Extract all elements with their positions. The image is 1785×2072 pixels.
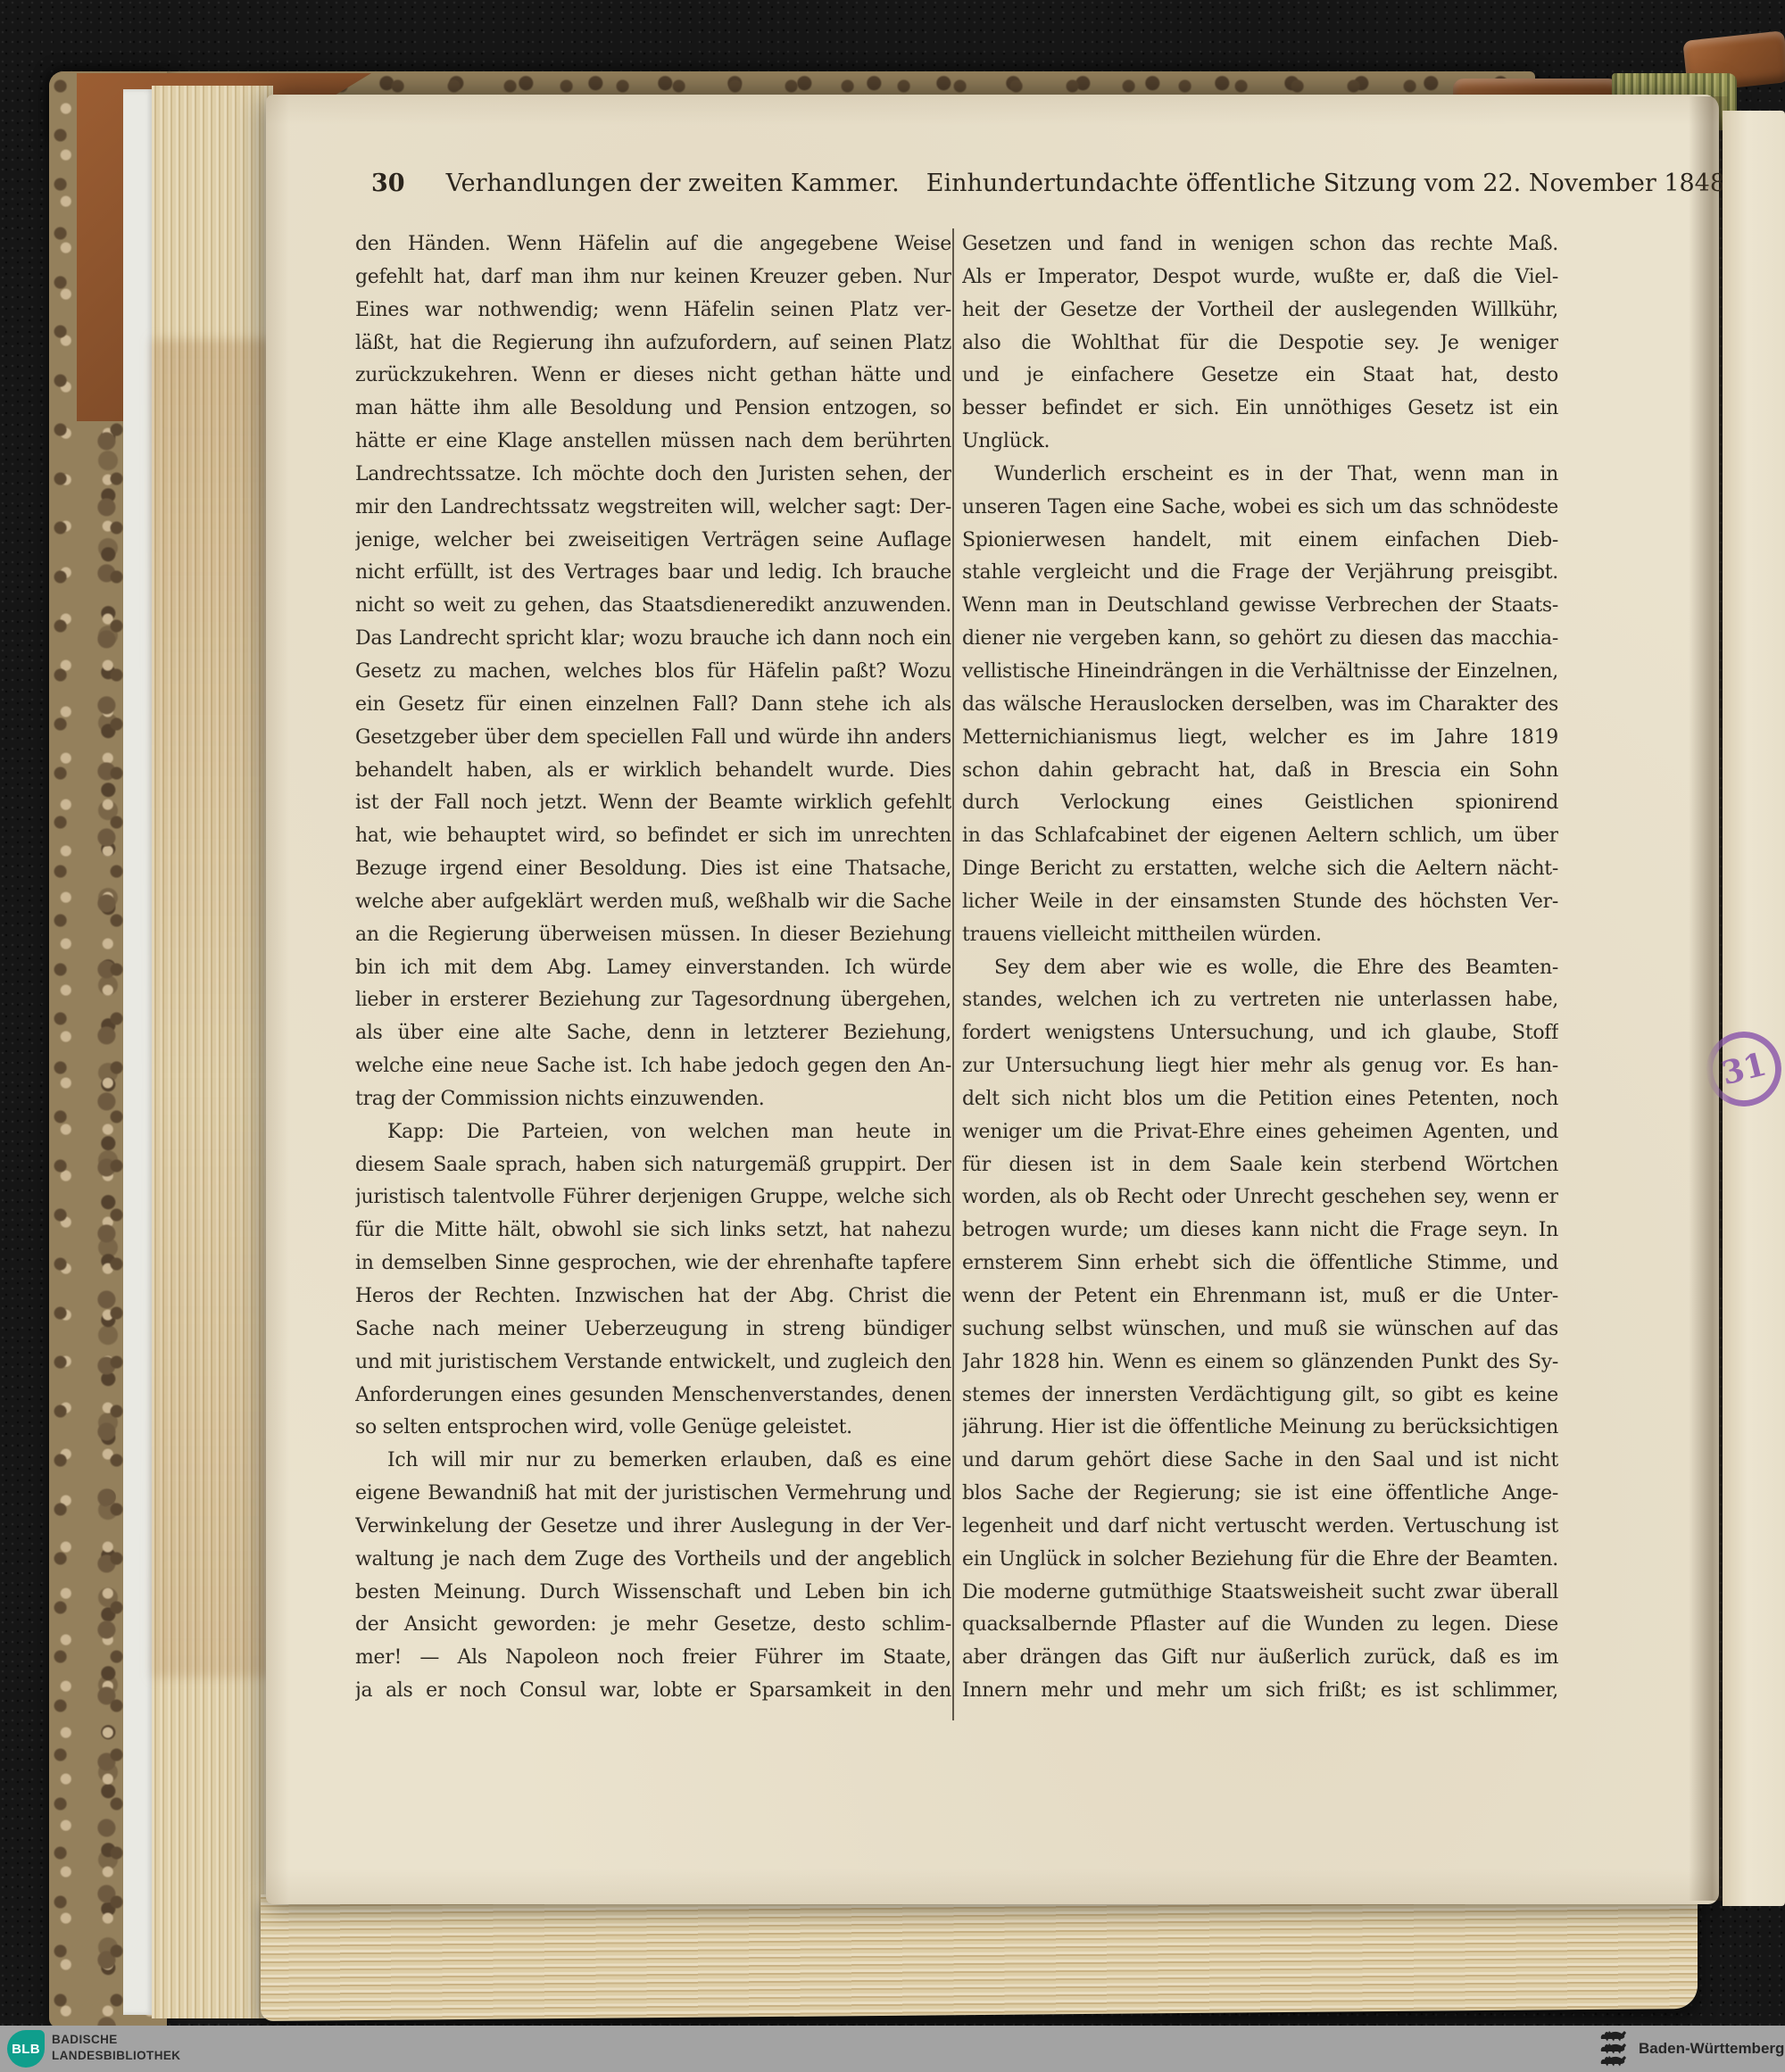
text-line: behandelt haben, als er wirklich behande… [355,755,951,788]
text-line: den Händen. Wenn Häfelin auf die angegeb… [355,228,951,261]
text-line: heit der Gesetze der Vortheil der ausleg… [962,294,1558,327]
text-line: Ich will mir nur zu bemerken erlauben, d… [355,1445,951,1478]
text-line: an die Regierung überweisen müssen. In d… [355,919,951,952]
text-line: besten Meinung. Durch Wissenschaft und L… [355,1577,951,1610]
text-line: fordert wenigstens Untersuchung, und ich… [962,1017,1558,1050]
page-stack-stain [152,339,273,1678]
text-line: delt sich nicht blos um die Petition ein… [962,1083,1558,1116]
text-line: also die Wohlthat für die Despotie sey. … [962,327,1558,361]
text-line: suchung selbst wünschen, und muß sie wün… [962,1314,1558,1347]
text-line: Anforderungen eines gesunden Menschenver… [355,1380,951,1413]
text-line: nicht erfüllt, ist des Vertrages baar un… [355,557,951,590]
text-column-left: den Händen. Wenn Häfelin auf die angegeb… [355,228,951,1708]
text-line: Dinge Bericht zu erstatten, welche sich … [962,853,1558,886]
state-label: Baden-Württemberg [1639,2026,1784,2072]
text-line: Die moderne gutmüthige Staatsweisheit su… [962,1577,1558,1610]
text-line: jenige, welcher bei zweiseitigen Verträg… [355,525,951,558]
text-line: in demselben Sinne gesprochen, wie der e… [355,1247,951,1280]
text-line: Spionierwesen handelt, mit einem einfach… [962,525,1558,558]
text-line: unseren Tagen eine Sache, wobei es sich … [962,492,1558,525]
text-line: Gesetzen und fand in wenigen schon das r… [962,228,1558,261]
text-line: der Ansicht geworden: je mehr Gesetze, d… [355,1609,951,1642]
text-line: Kapp: Die Parteien, von welchen man heut… [355,1116,951,1149]
stamp-number: 31 [1718,1046,1771,1093]
text-line: das wälsche Herauslocken derselben, was … [962,689,1558,722]
page-header-session: Einhundertundachte öffentliche Sitzung v… [926,170,1733,197]
text-line: Gesetzgeber über dem speciellen Fall und… [355,722,951,755]
page-number: 30 [371,170,405,197]
text-line: weniger um die Privat-Ehre eines geheime… [962,1116,1558,1149]
text-line: als über eine alte Sache, denn in letzte… [355,1017,951,1050]
text-column-right: Gesetzen und fand in wenigen schon das r… [962,228,1558,1708]
text-line: durch Verlockung eines Geistlichen spion… [962,787,1558,820]
text-line: juristisch talentvolle Führer derjenigen… [355,1181,951,1214]
text-line: lieber in ersterer Beziehung zur Tagesor… [355,984,951,1017]
text-line: Das Landrecht spricht klar; wozu brauche… [355,623,951,656]
text-line: worden, als ob Recht oder Unrecht gesche… [962,1181,1558,1214]
state-label-text: Baden-Württemberg [1639,2040,1784,2058]
text-line: läßt, hat die Regierung ihn aufzufordern… [355,327,951,361]
blb-logo-abbr: BLB [12,2042,40,2057]
text-line: aber drängen das Gift nur äußerlich zurü… [962,1642,1558,1675]
text-line: so selten entsprochen wird, volle Genüge… [355,1412,951,1445]
text-line: trauens vielleicht mittheilen würden. [962,919,1558,952]
text-line: Gesetz zu machen, welches blos für Häfel… [355,656,951,689]
text-line: Eines war nothwendig; wenn Häfelin seine… [355,294,951,327]
text-line: zur Untersuchung liegt hier mehr als gen… [962,1050,1558,1083]
text-line: nicht so weit zu gehen, das Staatsdiener… [355,590,951,623]
facing-page-edge [1723,111,1785,1906]
endpaper-edge [123,89,154,2015]
text-line: Wenn man in Deutschland gewisse Verbrech… [962,590,1558,623]
text-line: trag der Commission nichts einzuwenden. [355,1083,951,1116]
library-name-line1: BADISCHE [52,2032,180,2048]
text-line: hat, wie behauptet wird, so befindet er … [355,820,951,853]
text-line: mir den Landrechtssatz wegstreiten will,… [355,492,951,525]
viewer-footer-bar: BLB BADISCHE LANDESBIBLIOTHEK Baden-Würt… [0,2026,1785,2072]
text-line: ja als er noch Consul war, lobte er Spar… [355,1675,951,1708]
library-name: BADISCHE LANDESBIBLIOTHEK [52,2032,180,2064]
text-line: jährung. Hier ist die öffentliche Meinun… [962,1412,1558,1445]
text-line: quacksalbernde Pflaster auf die Wunden z… [962,1609,1558,1642]
text-line: für die Mitte hält, obwohl sie sich link… [355,1214,951,1247]
text-line: Heros der Rechten. Inzwischen hat der Ab… [355,1280,951,1314]
text-line: man hätte ihm alle Besoldung und Pension… [355,393,951,426]
page-header: 30 Verhandlungen der zweiten Kammer. Ein… [371,170,1564,197]
text-line: Sey dem aber wie es wolle, die Ehre des … [962,952,1558,985]
text-line: für diesen ist in dem Saale kein sterben… [962,1149,1558,1182]
text-line: Sache nach meiner Ueberzeugung in streng… [355,1314,951,1347]
text-line: schon dahin gebracht hat, daß in Brescia… [962,755,1558,788]
text-line: welche aber aufgeklärt werden muß, weßha… [355,886,951,919]
library-name-line2: LANDESBIBLIOTHEK [52,2048,180,2064]
text-line: standes, welchen ich zu vertreten nie un… [962,984,1558,1017]
text-line: und darum gehört diese Sache in den Saal… [962,1445,1558,1478]
text-line: mer! — Als Napoleon noch freier Führer i… [355,1642,951,1675]
blb-logo-icon: BLB [7,2030,45,2068]
text-line: Innern mehr und mehr um sich frißt; es i… [962,1675,1558,1708]
text-line: Metternichianismus liegt, welcher es im … [962,722,1558,755]
scanned-book-photo: 30 Verhandlungen der zweiten Kammer. Ein… [0,0,1785,2072]
book-page: 30 Verhandlungen der zweiten Kammer. Ein… [266,95,1719,1904]
text-line: licher Weile in der einsamsten Stunde de… [962,886,1558,919]
baden-wuerttemberg-lions-icon [1598,2029,1631,2068]
text-line: gefehlt hat, darf man ihm nur keinen Kre… [355,261,951,294]
text-line: ein Unglück in solcher Beziehung für die… [962,1544,1558,1577]
column-divider-rule [952,228,954,1720]
text-line: stahle vergleicht und die Frage der Verj… [962,557,1558,590]
text-line: Landrechtssatze. Ich möchte doch den Jur… [355,459,951,492]
text-line: und mit juristischem Verstande entwickel… [355,1347,951,1380]
text-line: Verwinkelung der Gesetze und ihrer Ausle… [355,1511,951,1544]
text-line: Bezuge irgend einer Besoldung. Dies ist … [355,853,951,886]
text-line: betrogen wurde; um dieses kann nicht die… [962,1214,1558,1247]
text-line: vellistische Hineindrängen in die Verhäl… [962,656,1558,689]
text-line: Als er Imperator, Despot wurde, wußte er… [962,261,1558,294]
text-line: zurückzukehren. Wenn er dieses nicht get… [355,360,951,393]
text-line: stemes der innersten Verdächtigung gilt,… [962,1380,1558,1413]
text-line: eigene Bewandniß hat mit der juristische… [355,1478,951,1511]
text-line: Wunderlich erscheint es in der That, wen… [962,459,1558,492]
text-line: ein Gesetz für einen einzelnen Fall? Dan… [355,689,951,722]
text-line: und je einfachere Gesetze ein Staat hat,… [962,360,1558,393]
text-line: bin ich mit dem Abg. Lamey einverstanden… [355,952,951,985]
text-line: Unglück. [962,426,1558,459]
text-line: diener nie vergeben kann, so gehört zu d… [962,623,1558,656]
text-line: welche eine neue Sache ist. Ich habe jed… [355,1050,951,1083]
text-line: besser befindet er sich. Ein unnöthiges … [962,393,1558,426]
text-line: wenn der Petent ein Ehrenmann ist, muß e… [962,1280,1558,1314]
text-line: Jahr 1828 hin. Wenn es einem so glänzend… [962,1347,1558,1380]
text-line: waltung je nach dem Zuge des Vortheils u… [355,1544,951,1577]
text-line: diesem Saale sprach, haben sich naturgem… [355,1149,951,1182]
page-header-title: Verhandlungen der zweiten Kammer. [446,170,900,197]
text-line: in das Schlafcabinet der eigenen Aeltern… [962,820,1558,853]
text-line: ist der Fall noch jetzt. Wenn der Beamte… [355,787,951,820]
text-line: hätte er eine Klage anstellen müssen nac… [355,426,951,459]
text-line: legenheit und darf nicht vertuscht werde… [962,1511,1558,1544]
text-line: blos Sache der Regierung; sie ist eine ö… [962,1478,1558,1511]
text-line: ernsterem Sinn erhebt sich die öffentlic… [962,1247,1558,1280]
